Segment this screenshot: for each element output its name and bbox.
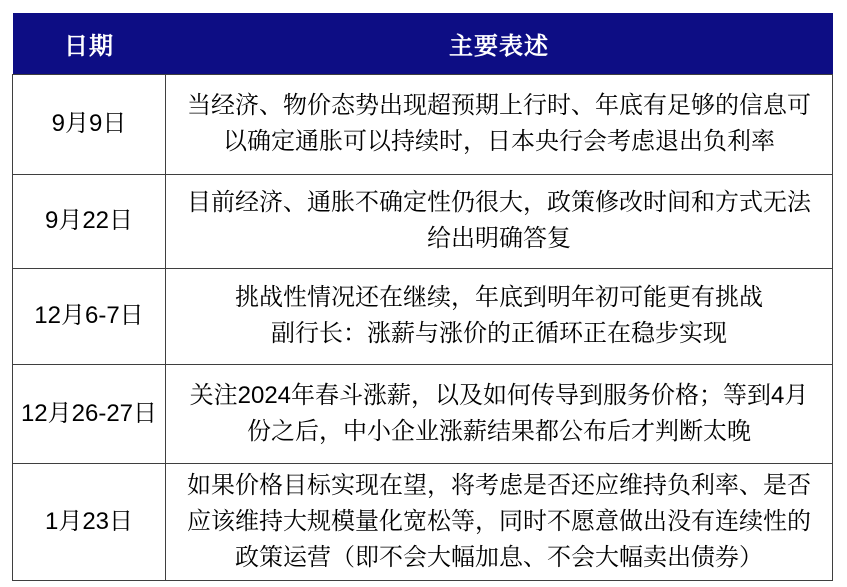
boj-statements-table: 日期 主要表述 9月9日 当经济、物价态势出现超预期上行时、年底有足够的信息可以…	[12, 13, 833, 581]
date-cell: 12月26-27日	[13, 364, 166, 463]
statement-cell: 关注2024年春斗涨薪，以及如何传导到服务价格；等到4月份之后，中小企业涨薪结果…	[166, 364, 833, 463]
date-cell: 12月6-7日	[13, 268, 166, 364]
statements-table-container: 日期 主要表述 9月9日 当经济、物价态势出现超预期上行时、年底有足够的信息可以…	[12, 13, 833, 581]
date-cell: 9月22日	[13, 174, 166, 268]
statement-cell: 当经济、物价态势出现超预期上行时、年底有足够的信息可以确定通胀可以持续时，日本央…	[166, 74, 833, 174]
date-cell: 1月23日	[13, 463, 166, 580]
column-header-statement: 主要表述	[166, 13, 833, 74]
table-row: 9月22日 目前经济、通胀不确定性仍很大，政策修改时间和方式无法给出明确答复	[13, 174, 833, 268]
header-row: 日期 主要表述	[13, 13, 833, 74]
table-body: 9月9日 当经济、物价态势出现超预期上行时、年底有足够的信息可以确定通胀可以持续…	[13, 74, 833, 580]
table-row: 12月26-27日 关注2024年春斗涨薪，以及如何传导到服务价格；等到4月份之…	[13, 364, 833, 463]
table-row: 9月9日 当经济、物价态势出现超预期上行时、年底有足够的信息可以确定通胀可以持续…	[13, 74, 833, 174]
table-row: 12月6-7日 挑战性情况还在继续，年底到明年初可能更有挑战 副行长：涨薪与涨价…	[13, 268, 833, 364]
date-cell: 9月9日	[13, 74, 166, 174]
column-header-date: 日期	[13, 13, 166, 74]
table-row: 1月23日 如果价格目标实现在望，将考虑是否还应维持负利率、是否应该维持大规模量…	[13, 463, 833, 580]
statement-cell: 如果价格目标实现在望，将考虑是否还应维持负利率、是否应该维持大规模量化宽松等，同…	[166, 463, 833, 580]
statement-cell: 目前经济、通胀不确定性仍很大，政策修改时间和方式无法给出明确答复	[166, 174, 833, 268]
statement-cell: 挑战性情况还在继续，年底到明年初可能更有挑战 副行长：涨薪与涨价的正循环正在稳步…	[166, 268, 833, 364]
table-header: 日期 主要表述	[13, 13, 833, 74]
